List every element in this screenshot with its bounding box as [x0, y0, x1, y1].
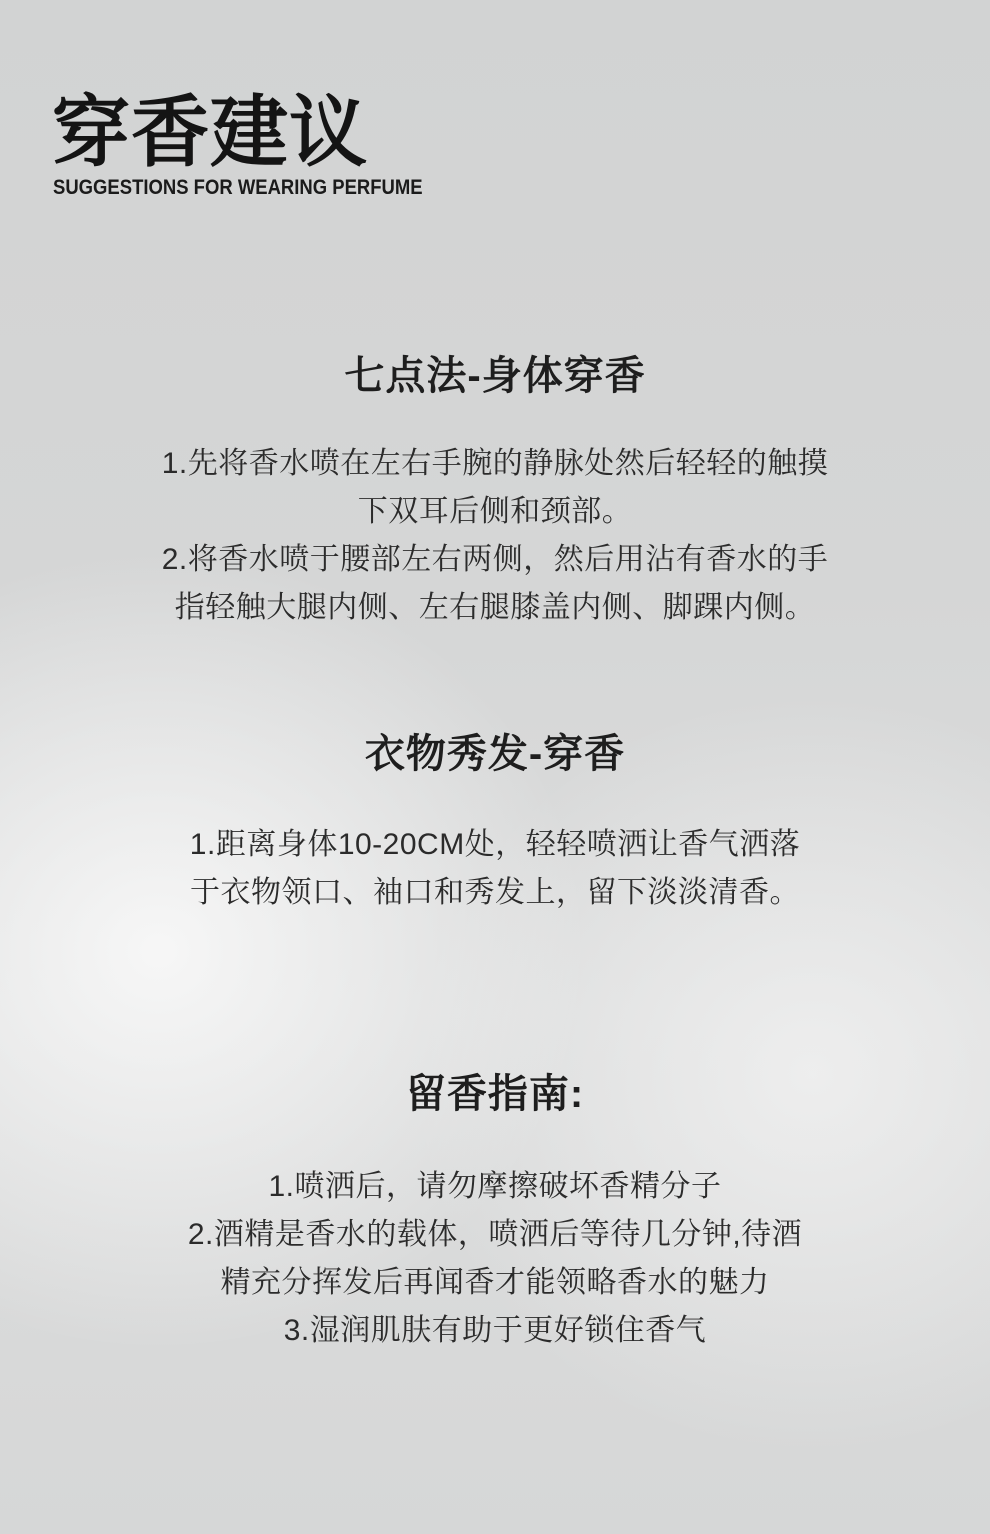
- body-line: 2.将香水喷于腰部左右两侧，然后用沾有香水的手: [0, 536, 990, 584]
- section-heading-retention-guide: 留香指南:: [0, 1074, 990, 1114]
- page-title: 穿香建议: [52, 93, 473, 173]
- section-heading-clothes-hair: 衣物秀发-穿香: [0, 734, 990, 774]
- page-header: 穿香建议 SUGGESTIONS FOR WEARING PERFUME: [52, 93, 473, 198]
- body-line: 1.距离身体10-20CM处，轻轻喷洒让香气洒落: [0, 821, 990, 869]
- section-body-perfuming-text: 1.先将香水喷在左右手腕的静脉处然后轻轻的触摸 下双耳后侧和颈部。 2.将香水喷…: [0, 440, 990, 632]
- body-line: 1.先将香水喷在左右手腕的静脉处然后轻轻的触摸: [0, 440, 990, 488]
- page-subtitle: SUGGESTIONS FOR WEARING PERFUME: [53, 177, 423, 198]
- body-line: 下双耳后侧和颈部。: [0, 488, 990, 536]
- body-line: 于衣物领口、袖口和秀发上，留下淡淡清香。: [0, 869, 990, 917]
- body-line: 指轻触大腿内侧、左右腿膝盖内侧、脚踝内侧。: [0, 584, 990, 632]
- section-retention-guide-text: 1.喷洒后，请勿摩擦破坏香精分子 2.酒精是香水的载体，喷洒后等待几分钟,待酒 …: [0, 1163, 990, 1355]
- body-line: 2.酒精是香水的载体，喷洒后等待几分钟,待酒: [0, 1211, 990, 1259]
- body-line: 1.喷洒后，请勿摩擦破坏香精分子: [0, 1163, 990, 1211]
- body-line: 3.湿润肌肤有助于更好锁住香气: [0, 1307, 990, 1355]
- perfume-wearing-suggestions-page: 穿香建议 SUGGESTIONS FOR WEARING PERFUME 七点法…: [0, 0, 990, 1534]
- section-clothes-hair-text: 1.距离身体10-20CM处，轻轻喷洒让香气洒落 于衣物领口、袖口和秀发上，留下…: [0, 821, 990, 917]
- body-line: 精充分挥发后再闻香才能领略香水的魅力: [0, 1259, 990, 1307]
- section-heading-body-perfuming: 七点法-身体穿香: [0, 356, 990, 396]
